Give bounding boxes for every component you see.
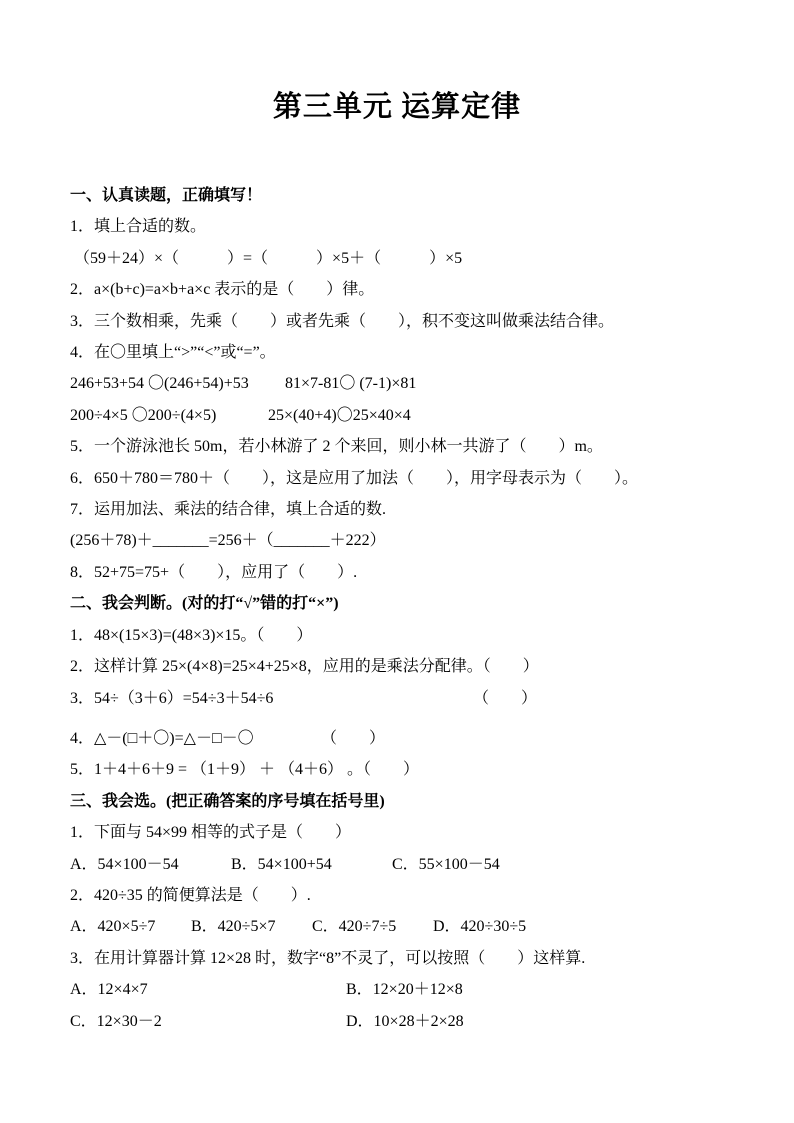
section1-q7-fill-equation: (256＋78)＋_______=256＋（_______＋222）: [70, 525, 754, 556]
section1-question-3: 3．三个数相乘，先乘（ ）或者先乘（ ），积不变这叫做乘法结合律。: [70, 306, 754, 337]
answer-parentheses: （ ）: [473, 683, 537, 714]
option-b: B．420÷5×7: [191, 911, 312, 942]
worksheet-page: 第三单元 运算定律 一、认真读题，正确填写！ 1．填上合适的数。 （59＋24）…: [0, 0, 794, 1123]
option-a: A．12×4×7: [70, 974, 346, 1005]
section1-q4-compare-row-1: 246+53+54 〇(246+54)+53 81×7-81〇 (7-1)×81: [70, 368, 754, 399]
option-c: C．12×30－2: [70, 1006, 346, 1037]
section1-question-2: 2．a×(b+c)=a×b+a×c 表示的是（ ）律。: [70, 274, 754, 305]
option-d: D．10×28＋2×28: [346, 1006, 464, 1037]
answer-parentheses: （ ）: [321, 723, 385, 754]
worksheet-body: 一、认真读题，正确填写！ 1．填上合适的数。 （59＋24）×（ ）=（ ）×5…: [0, 124, 794, 1037]
compare-expression: 246+53+54 〇(246+54)+53: [70, 368, 285, 399]
section1-q1-fill-equation: （59＋24）×（ ）=（ ）×5＋（ ）×5: [70, 243, 754, 274]
section2-question-2: 2．这样计算 25×(4×8)=25×4+25×8，应用的是乘法分配律。（ ）: [70, 651, 754, 682]
compare-expression: 200÷4×5 〇200÷(4×5): [70, 400, 268, 431]
section3-question-2: 2．420÷35 的简便算法是（ ）.: [70, 880, 754, 911]
judge-statement: 4．△－(□＋〇)=△－□－〇: [70, 723, 321, 754]
option-c: C．55×100－54: [392, 849, 500, 880]
section1-header: 一、认真读题，正确填写！: [70, 180, 754, 211]
option-a: A．420×5÷7: [70, 911, 191, 942]
compare-expression: 25×(40+4)〇25×40×4: [268, 400, 411, 431]
option-d: D．420÷30÷5: [433, 911, 526, 942]
section3-q3-options-row-1: A．12×4×7 B．12×20＋12×8: [70, 974, 754, 1005]
page-title: 第三单元 运算定律: [0, 0, 794, 124]
option-b: B．54×100+54: [231, 849, 392, 880]
compare-expression: 81×7-81〇 (7-1)×81: [285, 368, 416, 399]
section3-q1-options: A．54×100－54 B．54×100+54 C．55×100－54: [70, 849, 754, 880]
option-a: A．54×100－54: [70, 849, 231, 880]
section2-question-4: 4．△－(□＋〇)=△－□－〇 （ ）: [70, 723, 754, 754]
section2-question-5: 5．1＋4＋6＋9 = （1＋9） ＋ （4＋6） 。（ ）: [70, 754, 754, 785]
option-c: C．420÷7÷5: [312, 911, 433, 942]
section3-question-3: 3．在用计算器计算 12×28 时，数字“8”不灵了，可以按照（ ）这样算.: [70, 943, 754, 974]
option-b: B．12×20＋12×8: [346, 974, 463, 1005]
section1-question-7: 7．运用加法、乘法的结合律，填上合适的数.: [70, 494, 754, 525]
judge-statement: 3．54÷（3＋6）=54÷3＋54÷6: [70, 683, 473, 714]
section2-header: 二、我会判断。(对的打“√”错的打“×”): [70, 588, 754, 619]
section1-question-8: 8．52+75=75+（ ），应用了（ ）.: [70, 557, 754, 588]
section3-question-1: 1．下面与 54×99 相等的式子是（ ）: [70, 817, 754, 848]
section1-question-5: 5．一个游泳池长 50m，若小林游了 2 个来回，则小林一共游了（ ）m。: [70, 431, 754, 462]
section3-header: 三、我会选。(把正确答案的序号填在括号里): [70, 786, 754, 817]
section2-question-3: 3．54÷（3＋6）=54÷3＋54÷6 （ ）: [70, 683, 754, 714]
section1-q4-compare-row-2: 200÷4×5 〇200÷(4×5) 25×(40+4)〇25×40×4: [70, 400, 754, 431]
section1-question-1: 1．填上合适的数。: [70, 211, 754, 242]
section3-q2-options: A．420×5÷7 B．420÷5×7 C．420÷7÷5 D．420÷30÷5: [70, 911, 754, 942]
section1-question-4: 4．在〇里填上“>”“<”或“=”。: [70, 337, 754, 368]
section2-question-1: 1．48×(15×3)=(48×3)×15。（ ）: [70, 620, 754, 651]
section3-q3-options-row-2: C．12×30－2 D．10×28＋2×28: [70, 1006, 754, 1037]
section1-question-6: 6．650＋780＝780＋（ ），这是应用了加法（ ），用字母表示为（ ）。: [70, 463, 754, 494]
